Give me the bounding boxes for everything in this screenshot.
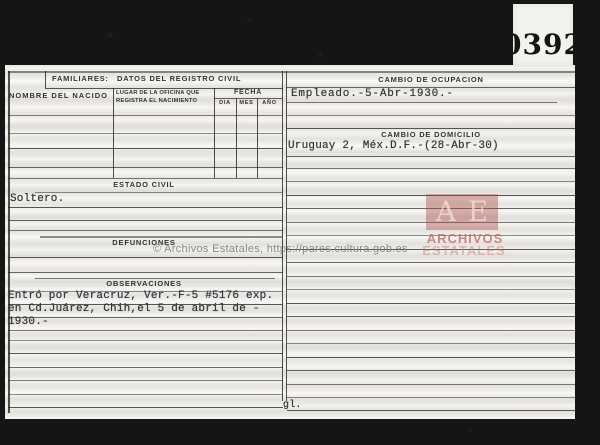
- rule-line: [8, 353, 283, 354]
- rule-line: [8, 367, 283, 368]
- rule-line: [287, 330, 575, 331]
- observaciones-label: OBSERVACIONES: [5, 280, 283, 288]
- cambio-ocupacion-label: CAMBIO DE OCUPACION: [287, 76, 575, 84]
- rule-line-vertical: [236, 98, 237, 178]
- logo-word-estatales: ESTATALES: [422, 243, 506, 258]
- observaciones-line-3: 1930.-: [8, 317, 49, 328]
- catalog-number: 0392: [502, 31, 584, 59]
- rule-line: [8, 317, 283, 318]
- rule-line: [8, 207, 283, 208]
- rule-line: [8, 115, 283, 116]
- rule-line: [287, 357, 575, 358]
- rule-line: [287, 128, 575, 129]
- rule-line: [287, 343, 575, 344]
- rule-line: [8, 394, 283, 395]
- ocupacion-entry: Empleado.-5-Abr-1930.-: [291, 89, 454, 100]
- rule-line: [8, 133, 283, 134]
- nombre-del-nacido-label: NOMBRE DEL NACIDO: [9, 92, 108, 100]
- rule-line: [8, 230, 283, 231]
- fecha-label: FECHA: [214, 89, 282, 96]
- fecha-col-ano: AÑO: [257, 101, 282, 107]
- rule-line: [35, 192, 282, 193]
- estado-civil-label: ESTADO CIVIL: [5, 181, 283, 189]
- rule-line: [287, 181, 575, 182]
- cambio-domicilio-label: CAMBIO DE DOMICILIO: [287, 131, 575, 139]
- rule-line-vertical: [113, 88, 114, 178]
- estado-civil-entry: Soltero.: [10, 194, 64, 205]
- catalog-tab: 0392: [513, 4, 573, 65]
- pares-credit-watermark: © Archivos Estatales, https://pares.cult…: [153, 243, 408, 255]
- rule-line: [287, 303, 575, 304]
- observaciones-line-1: Entró por Veracruz, Ver.-F-5 #5176 exp.: [8, 291, 273, 302]
- rule-line: [8, 148, 283, 149]
- rule-line: [287, 384, 575, 385]
- clerk-initials: gl.: [283, 401, 302, 411]
- lugar-oficina-label-line2: REGISTRA EL NACIMIENTO: [116, 98, 197, 105]
- rule-line: [8, 71, 575, 73]
- rule-line: [8, 272, 283, 273]
- fecha-col-dia: DIA: [214, 101, 236, 107]
- rule-line: [287, 262, 575, 263]
- rule-line: [287, 115, 575, 116]
- rule-line-vertical: [282, 71, 283, 401]
- logo-letter-e: E: [468, 198, 488, 226]
- rule-line: [287, 276, 575, 277]
- rule-line: [287, 156, 575, 157]
- rule-line: [8, 407, 283, 408]
- fecha-col-mes: MES: [236, 101, 257, 107]
- lugar-oficina-label-line1: LUGAR DE LA OFICINA QUE: [116, 90, 199, 97]
- rule-line: [287, 102, 557, 103]
- registry-card: FAMILIARES: DATOS DEL REGISTRO CIVIL NOM…: [5, 65, 575, 419]
- rule-line-vertical: [286, 71, 287, 401]
- rule-line: [8, 167, 283, 168]
- observaciones-line-2: en Cd.Juárez, Chih,el 5 de abril de -: [8, 304, 260, 315]
- scanned-archive-page: { "page": { "catalog_number": "0392" }, …: [0, 0, 600, 445]
- rule-line-vertical: [257, 98, 258, 178]
- rule-line: [287, 316, 575, 317]
- rule-line: [214, 98, 282, 99]
- logo-letter-a: A: [436, 198, 456, 226]
- rule-line: [287, 410, 575, 411]
- rule-line: [8, 380, 283, 381]
- archivos-estatales-logo: A E: [426, 194, 498, 230]
- rule-line: [8, 340, 283, 341]
- rule-line-vertical: [45, 71, 46, 88]
- rule-line: [8, 220, 283, 221]
- datos-registro-civil-label: DATOS DEL REGISTRO CIVIL: [117, 75, 241, 83]
- rule-line: [287, 289, 575, 290]
- rule-line: [8, 330, 283, 331]
- rule-line: [287, 397, 575, 398]
- rule-line: [8, 178, 283, 179]
- rule-line: [287, 168, 575, 169]
- rule-line: [287, 370, 575, 371]
- rule-line: [8, 257, 283, 258]
- familiares-label: FAMILIARES:: [52, 75, 109, 83]
- domicilio-entry: Uruguay 2, Méx.D.F.-(28-Abr-30): [288, 141, 499, 152]
